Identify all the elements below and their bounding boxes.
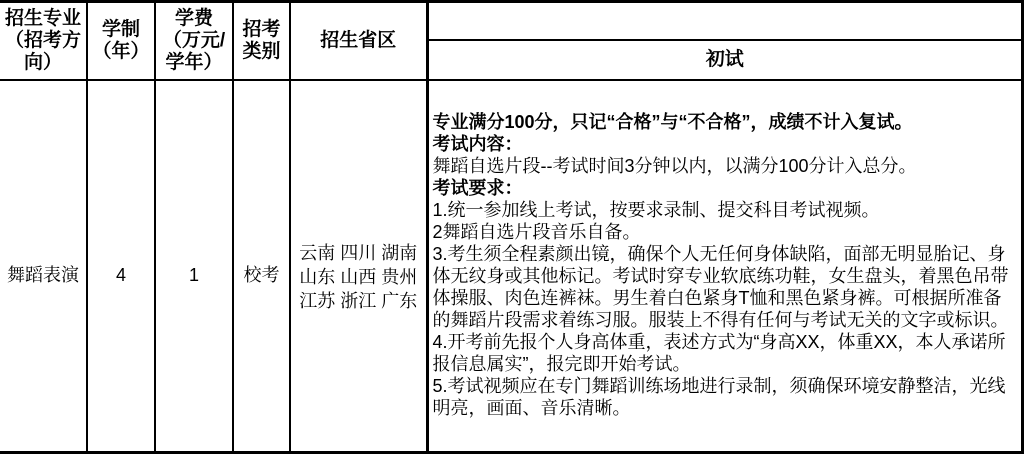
cell-major: 舞蹈表演 [0,80,87,453]
exam-content-line: 舞蹈自选片段--考试时间3分钟以内，以满分100分计入总分。 [433,155,1014,177]
header-empty-strip [427,2,1023,40]
header-tuition: 学费 （万元/ 学年） [155,2,233,80]
cell-duration: 4 [87,80,155,453]
exam-requirement-item: 3.考生须全程素颜出镜，确保个人无任何身体缺陷，面部无明显胎记、身体无纹身或其他… [433,243,1014,331]
exam-requirement-item: 5.考试视频应在专门舞蹈训练场地进行录制，须确保环境安静整洁，光线明亮，画面、音… [433,375,1014,419]
admissions-table-page: 招生专业 （招考方 向） 学制 （年） 学费 （万元/ 学年） 招考 类别 招生… [0,0,1024,457]
exam-requirements-heading: 考试要求： [433,177,1014,199]
cell-provinces: 云南 四川 湖南 山东 山西 贵州 江苏 浙江 广东 [290,80,427,453]
cell-tuition: 1 [155,80,233,453]
cell-first-exam: 专业满分100分，只记“合格”与“不合格”，成绩不计入复试。 考试内容： 舞蹈自… [427,80,1023,453]
exam-summary-line: 专业满分100分，只记“合格”与“不合格”，成绩不计入复试。 [433,111,1014,133]
header-provinces: 招生省区 [290,2,427,80]
exam-requirement-item: 2舞蹈自选片段音乐自备。 [433,221,1014,243]
header-first-exam: 初试 [427,40,1023,80]
header-duration: 学制 （年） [87,2,155,80]
exam-requirement-item: 4.开考前先报个人身高体重，表述方式为“身高XX，体重XX，本人承诺所报信息属实… [433,331,1014,375]
exam-requirement-item: 1.统一参加线上考试，按要求录制、提交科目考试视频。 [433,199,1014,221]
cell-category: 校考 [233,80,290,453]
header-category: 招考 类别 [233,2,290,80]
exam-content-heading: 考试内容： [433,133,1014,155]
header-major: 招生专业 （招考方 向） [0,2,87,80]
admissions-table: 招生专业 （招考方 向） 学制 （年） 学费 （万元/ 学年） 招考 类别 招生… [0,0,1024,454]
